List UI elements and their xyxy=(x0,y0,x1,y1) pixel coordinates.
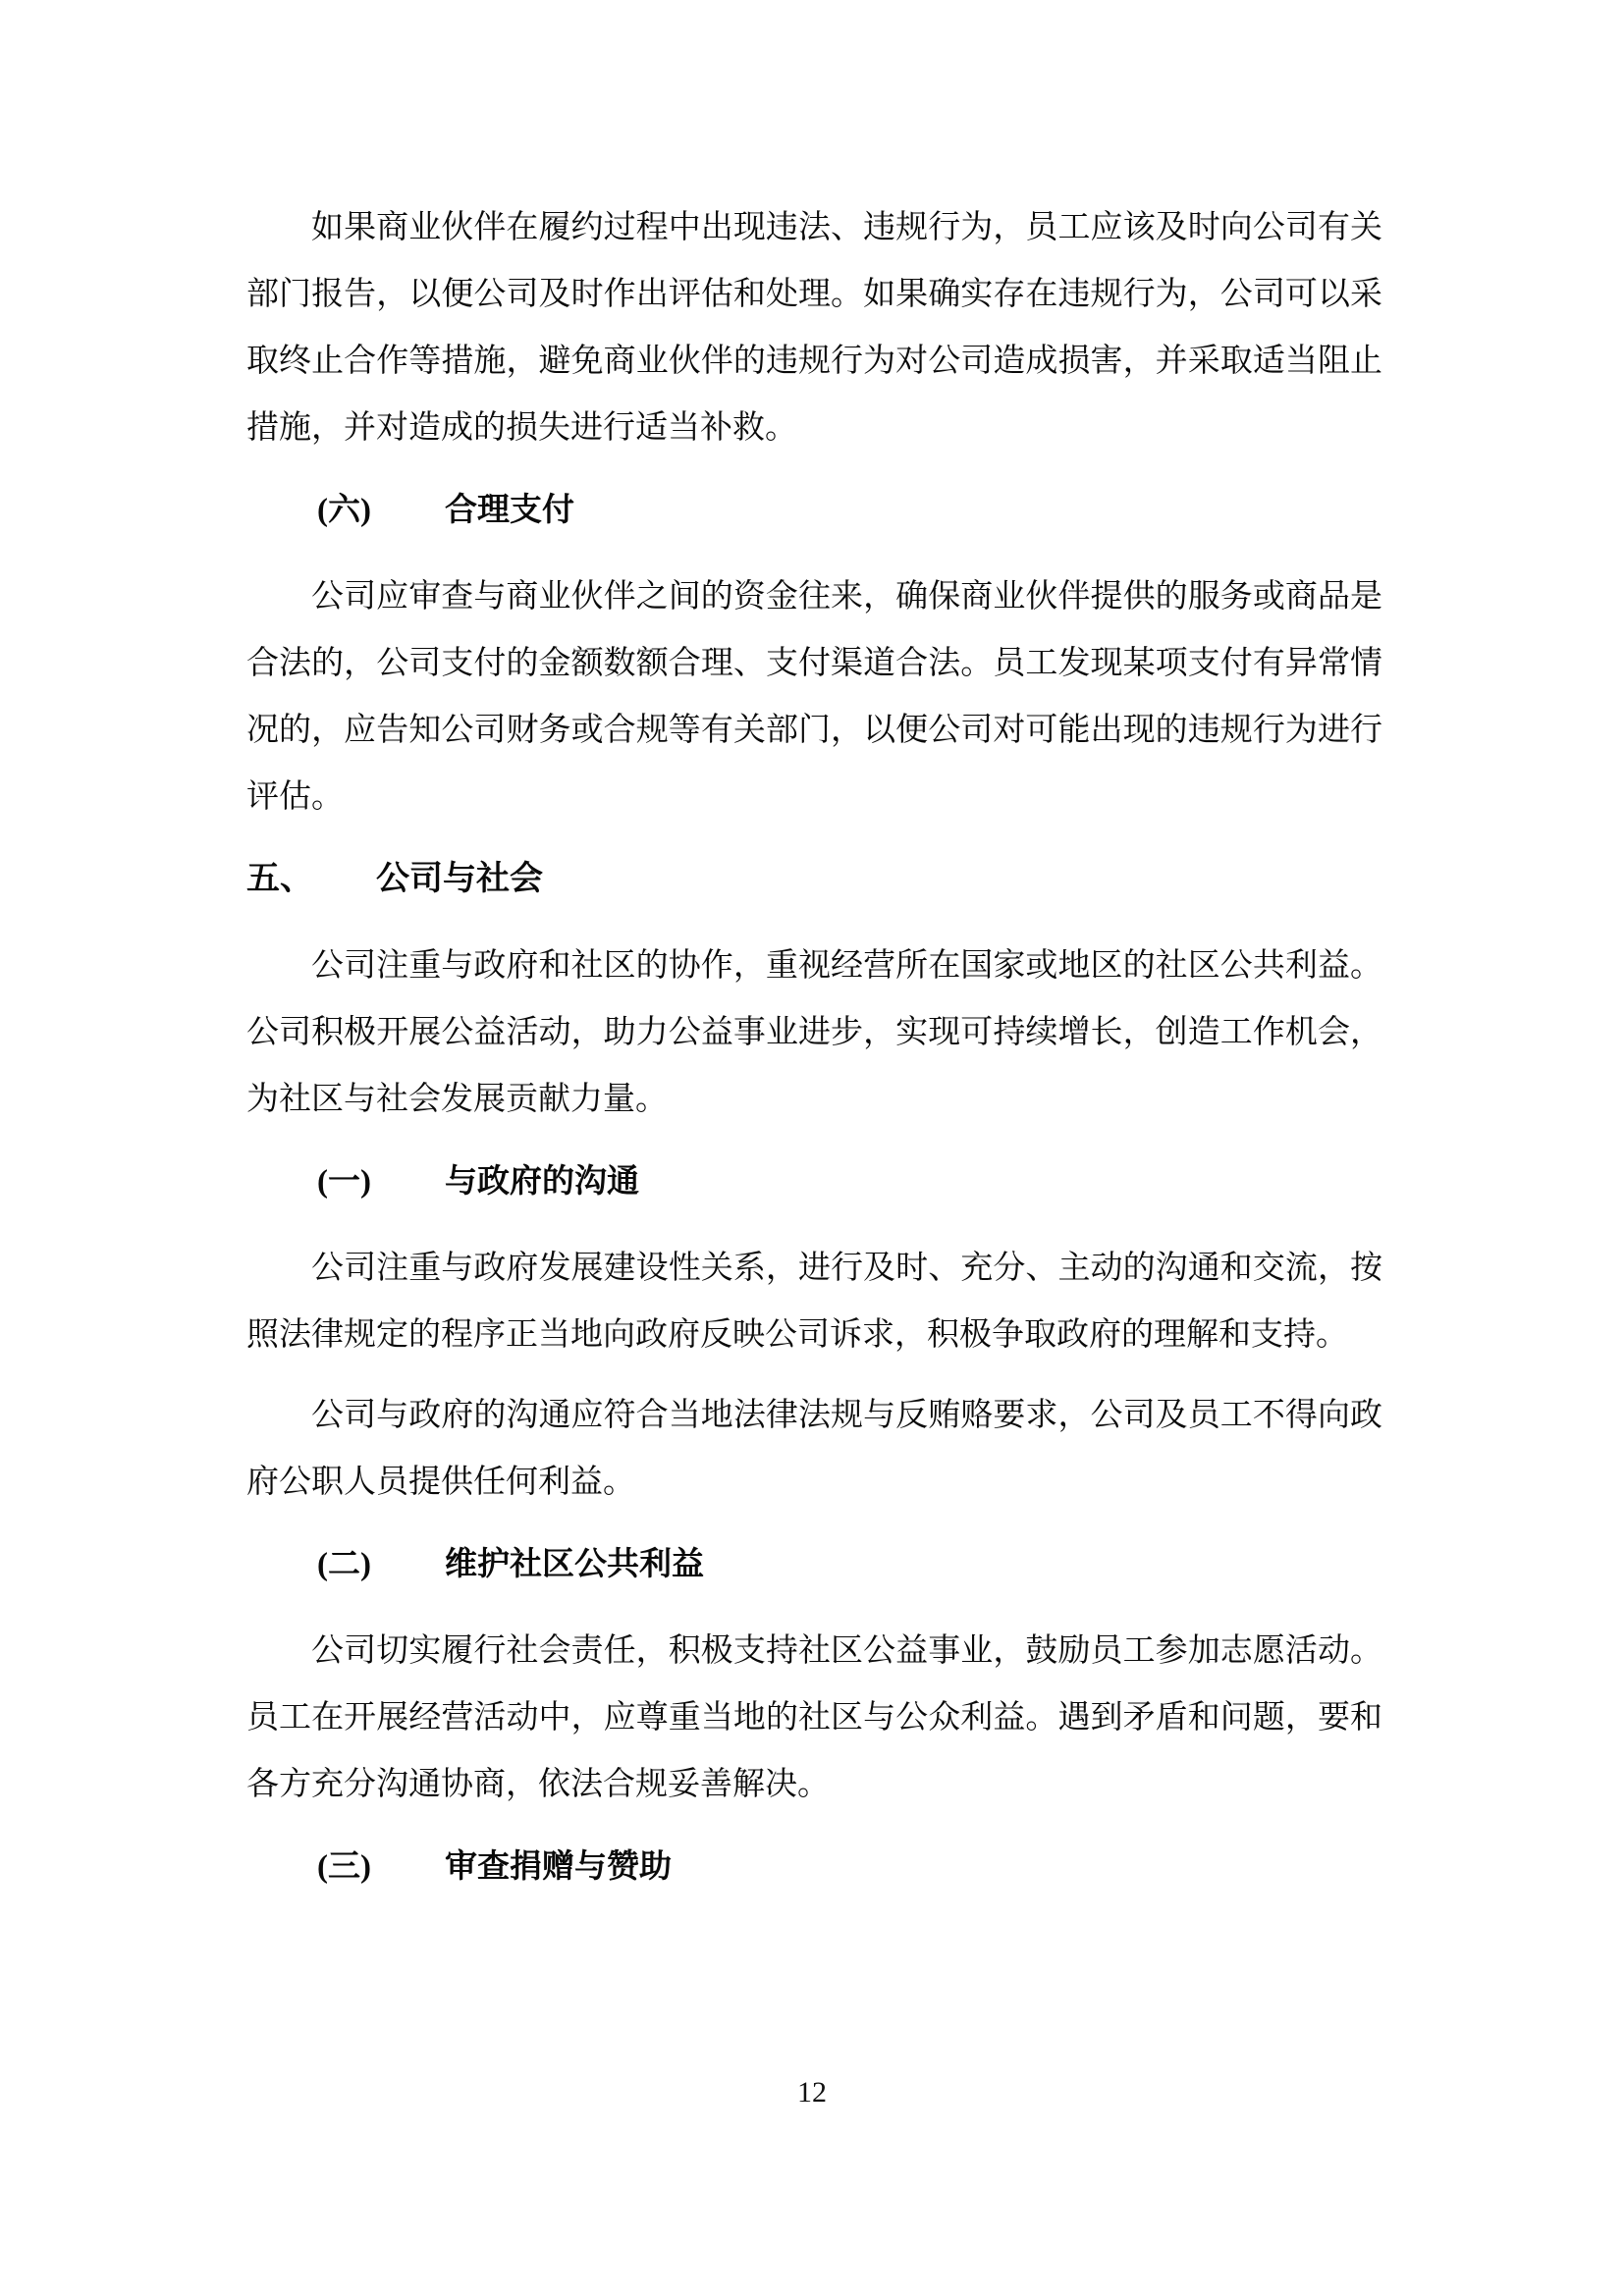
document-page: 如果商业伙伴在履约过程中出现违法、违规行为，员工应该及时向公司有关部门报告，以便… xyxy=(0,0,1624,2296)
subheading-title: 与政府的沟通 xyxy=(445,1164,639,1200)
subheading-title: 维护社区公共利益 xyxy=(445,1547,704,1582)
page-footer: 12 xyxy=(0,2073,1624,2112)
document-content: 如果商业伙伴在履约过程中出现违法、违规行为，员工应该及时向公司有关部门报告，以便… xyxy=(246,194,1382,1920)
section-heading-title: 公司与社会 xyxy=(376,861,543,897)
subheading-title: 合理支付 xyxy=(445,493,574,528)
paragraph: 如果商业伙伴在履约过程中出现违法、违规行为，员工应该及时向公司有关部门报告，以便… xyxy=(246,194,1382,461)
paragraph: 公司与政府的沟通应符合当地法律法规与反贿赂要求，公司及员工不得向政府公职人员提供… xyxy=(246,1382,1382,1516)
subheading-number: (二) xyxy=(317,1531,445,1598)
subheading: (二)维护社区公共利益 xyxy=(246,1531,1382,1598)
subheading-number: (一) xyxy=(317,1148,445,1215)
subheading: (三)审查捐赠与赞助 xyxy=(246,1834,1382,1900)
paragraph: 公司注重与政府和社区的协作，重视经营所在国家或地区的社区公共利益。公司积极开展公… xyxy=(246,933,1382,1133)
subheading-number: (三) xyxy=(317,1834,445,1900)
section-heading-number: 五、 xyxy=(246,846,376,913)
paragraph: 公司应审查与商业伙伴之间的资金往来，确保商业伙伴提供的服务或商品是合法的，公司支… xyxy=(246,563,1382,830)
subheading-number: (六) xyxy=(317,477,445,544)
page-number: 12 xyxy=(797,2076,827,2109)
subheading: (一)与政府的沟通 xyxy=(246,1148,1382,1215)
paragraph: 公司切实履行社会责任，积极支持社区公益事业，鼓励员工参加志愿活动。员工在开展经营… xyxy=(246,1618,1382,1818)
paragraph: 公司注重与政府发展建设性关系，进行及时、充分、主动的沟通和交流，按照法律规定的程… xyxy=(246,1235,1382,1368)
section-heading: 五、公司与社会 xyxy=(246,846,1382,913)
subheading: (六)合理支付 xyxy=(246,477,1382,544)
subheading-title: 审查捐赠与赞助 xyxy=(445,1849,672,1885)
